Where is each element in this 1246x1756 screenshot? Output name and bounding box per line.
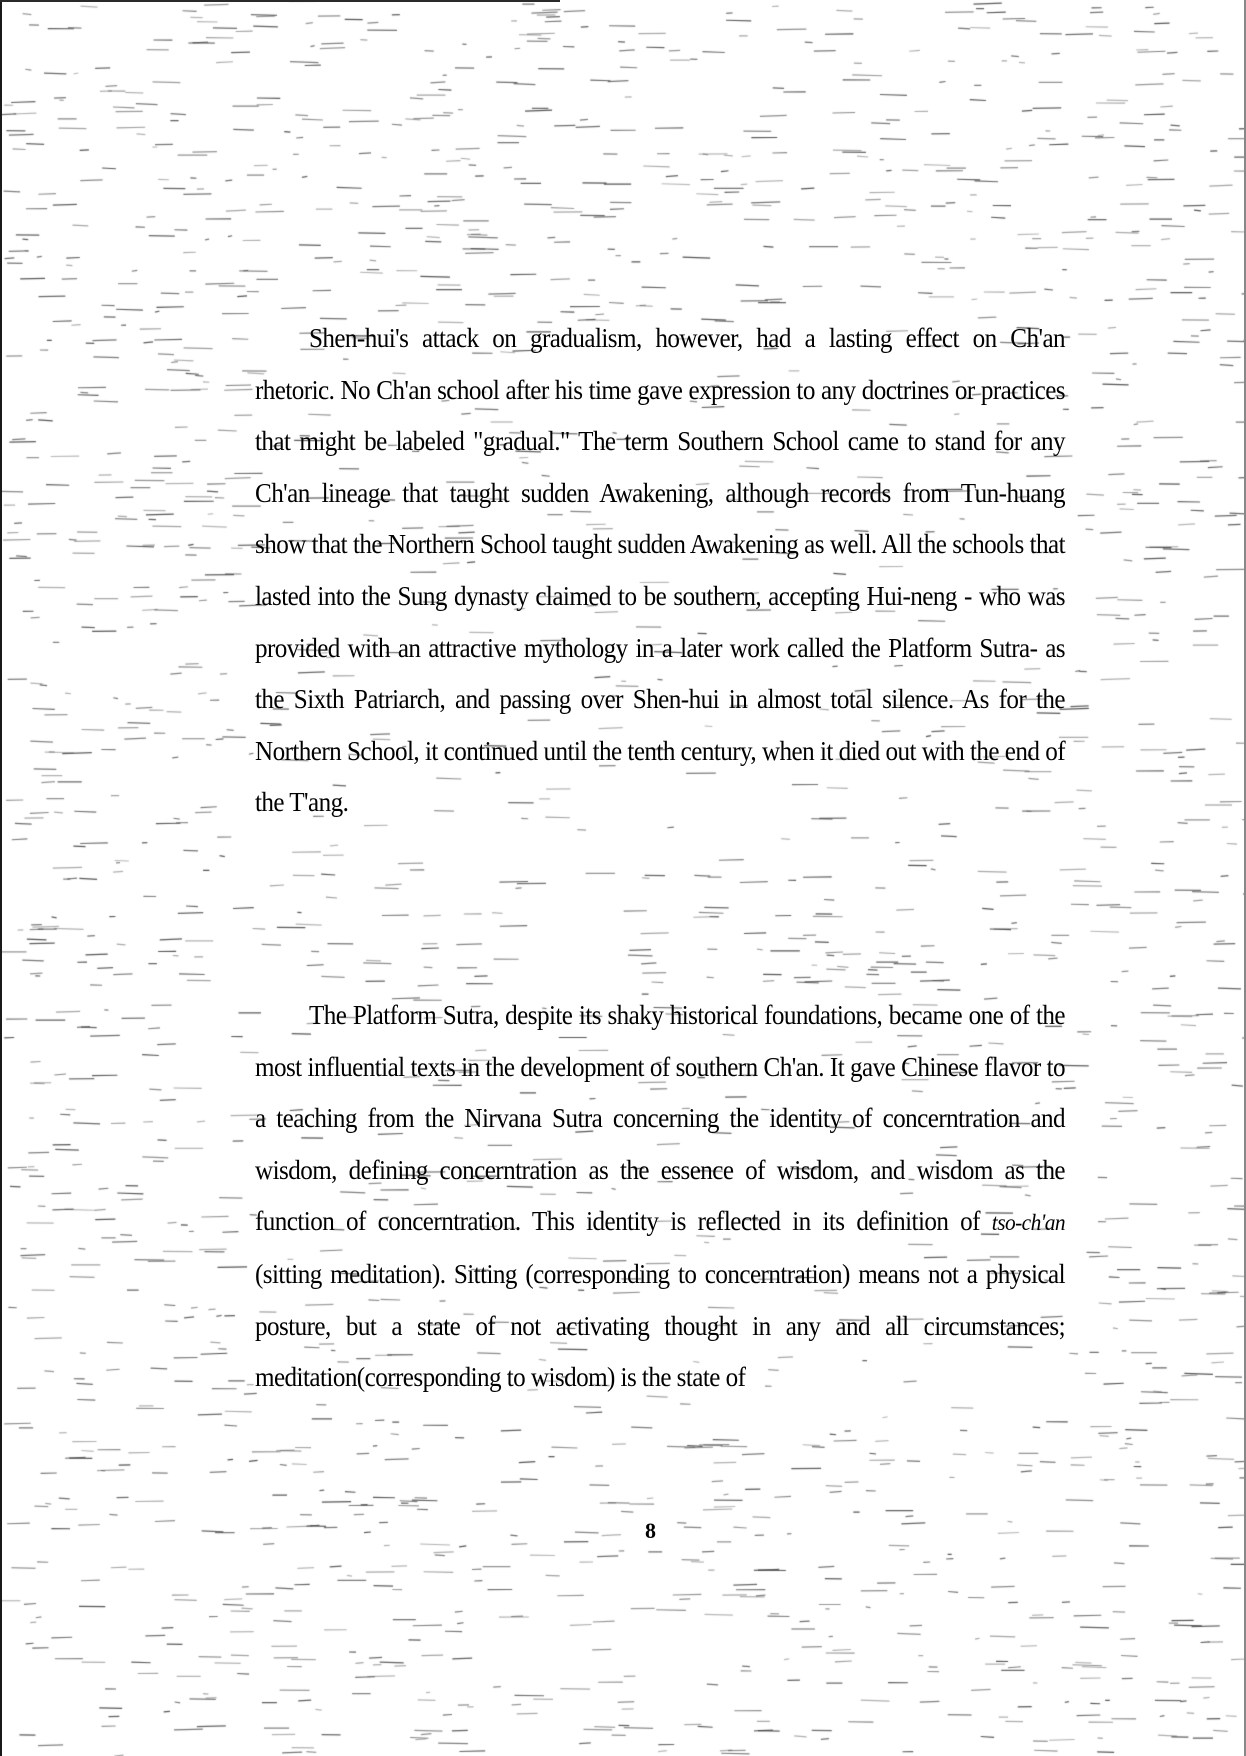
- italic-term: tso-ch'an: [992, 1210, 1065, 1235]
- paragraph-2: The Platform Sutra, despite its shaky hi…: [255, 990, 1065, 1404]
- paragraph-2-text-end: (sitting meditation). Sitting (correspon…: [255, 1259, 1065, 1392]
- scanned-page: Shen-hui's attack on gradualism, however…: [0, 0, 1246, 1756]
- paragraph-2-text-start: The Platform Sutra, despite its shaky hi…: [255, 1000, 1065, 1236]
- page-edge-top: [0, 0, 560, 2]
- paragraph-1-text: Shen-hui's attack on gradualism, however…: [255, 313, 1065, 829]
- paragraph-1: Shen-hui's attack on gradualism, however…: [255, 313, 1065, 829]
- page-number: 8: [645, 1518, 656, 1544]
- page-edge-left: [0, 0, 2, 1756]
- paragraph-2-text: The Platform Sutra, despite its shaky hi…: [255, 990, 1065, 1404]
- scan-noise-background: [0, 0, 1246, 1756]
